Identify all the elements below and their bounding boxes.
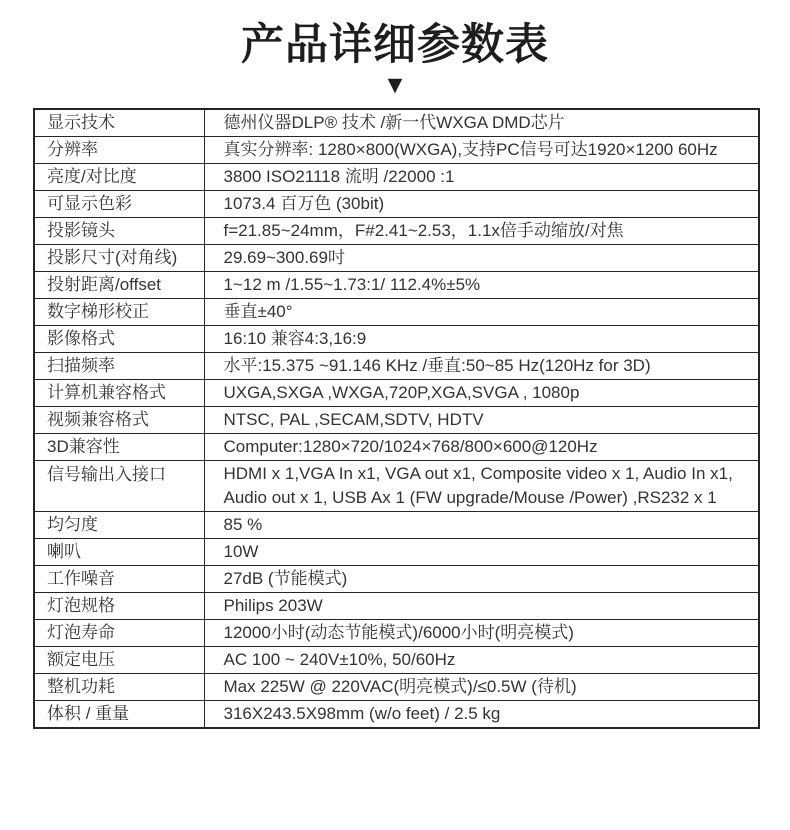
spec-table: 显示技术德州仪器DLP® 技术 /新一代WXGA DMD芯片分辨率真实分辨率: … <box>33 108 760 729</box>
spec-row: 数字梯形校正垂直±40° <box>34 299 759 326</box>
spec-label-cell: 信号输出入接口 <box>34 461 204 512</box>
spec-value-cell: 水平:15.375 ~91.146 KHz /垂直:50~85 Hz(120Hz… <box>204 353 759 380</box>
spec-label-cell: 投影尺寸(对角线) <box>34 245 204 272</box>
spec-label-cell: 分辨率 <box>34 137 204 164</box>
spec-value-cell: 85 % <box>204 512 759 539</box>
spec-row: 分辨率真实分辨率: 1280×800(WXGA),支持PC信号可达1920×12… <box>34 137 759 164</box>
spec-label-cell: 喇叭 <box>34 539 204 566</box>
spec-label-cell: 影像格式 <box>34 326 204 353</box>
spec-value-cell: 316X243.5X98mm (w/o feet) / 2.5 kg <box>204 701 759 729</box>
spec-row: 视频兼容格式NTSC, PAL ,SECAM,SDTV, HDTV <box>34 407 759 434</box>
spec-value-cell: 1~12 m /1.55~1.73:1/ 112.4%±5% <box>204 272 759 299</box>
spec-value-cell: Computer:1280×720/1024×768/800×600@120Hz <box>204 434 759 461</box>
spec-label-cell: 亮度/对比度 <box>34 164 204 191</box>
spec-row: 投影尺寸(对角线)29.69~300.69吋 <box>34 245 759 272</box>
spec-row: 亮度/对比度3800 ISO21118 流明 /22000 :1 <box>34 164 759 191</box>
spec-value-cell: 27dB (节能模式) <box>204 566 759 593</box>
spec-value-cell: NTSC, PAL ,SECAM,SDTV, HDTV <box>204 407 759 434</box>
spec-label-cell: 均匀度 <box>34 512 204 539</box>
spec-row: 信号输出入接口HDMI x 1,VGA In x1, VGA out x1, C… <box>34 461 759 512</box>
spec-row: 显示技术德州仪器DLP® 技术 /新一代WXGA DMD芯片 <box>34 109 759 137</box>
spec-sheet-page: 产品详细参数表 ▼ 显示技术德州仪器DLP® 技术 /新一代WXGA DMD芯片… <box>0 0 790 830</box>
spec-row: 喇叭10W <box>34 539 759 566</box>
spec-row: 灯泡规格Philips 203W <box>34 593 759 620</box>
spec-label-cell: 灯泡规格 <box>34 593 204 620</box>
spec-row: 投射距离/offset1~12 m /1.55~1.73:1/ 112.4%±5… <box>34 272 759 299</box>
spec-row: 影像格式16:10 兼容4:3,16:9 <box>34 326 759 353</box>
spec-row: 计算机兼容格式UXGA,SXGA ,WXGA,720P,XGA,SVGA , 1… <box>34 380 759 407</box>
spec-row: 体积 / 重量316X243.5X98mm (w/o feet) / 2.5 k… <box>34 701 759 729</box>
spec-label-cell: 数字梯形校正 <box>34 299 204 326</box>
spec-row: 3D兼容性Computer:1280×720/1024×768/800×600@… <box>34 434 759 461</box>
spec-row: 整机功耗Max 225W @ 220VAC(明亮模式)/≤0.5W (待机) <box>34 674 759 701</box>
spec-value-cell: 1073.4 百万色 (30bit) <box>204 191 759 218</box>
spec-value-cell: Philips 203W <box>204 593 759 620</box>
spec-row: 额定电压AC 100 ~ 240V±10%, 50/60Hz <box>34 647 759 674</box>
spec-value-cell: 德州仪器DLP® 技术 /新一代WXGA DMD芯片 <box>204 109 759 137</box>
spec-table-body: 显示技术德州仪器DLP® 技术 /新一代WXGA DMD芯片分辨率真实分辨率: … <box>34 109 759 728</box>
spec-row: 工作噪音27dB (节能模式) <box>34 566 759 593</box>
spec-label-cell: 投影镜头 <box>34 218 204 245</box>
spec-label-cell: 显示技术 <box>34 109 204 137</box>
down-triangle-icon: ▼ <box>0 73 790 98</box>
spec-label-cell: 扫描频率 <box>34 353 204 380</box>
spec-value-cell: 10W <box>204 539 759 566</box>
spec-value-cell: 16:10 兼容4:3,16:9 <box>204 326 759 353</box>
spec-value-cell: 垂直±40° <box>204 299 759 326</box>
spec-row: 可显示色彩1073.4 百万色 (30bit) <box>34 191 759 218</box>
spec-value-cell: HDMI x 1,VGA In x1, VGA out x1, Composit… <box>204 461 759 512</box>
spec-label-cell: 可显示色彩 <box>34 191 204 218</box>
spec-row: 灯泡寿命12000小时(动态节能模式)/6000小时(明亮模式) <box>34 620 759 647</box>
page-title: 产品详细参数表 <box>0 0 790 69</box>
spec-value-cell: UXGA,SXGA ,WXGA,720P,XGA,SVGA , 1080p <box>204 380 759 407</box>
spec-label-cell: 体积 / 重量 <box>34 701 204 729</box>
spec-row: 均匀度85 % <box>34 512 759 539</box>
spec-value-cell: AC 100 ~ 240V±10%, 50/60Hz <box>204 647 759 674</box>
spec-label-cell: 视频兼容格式 <box>34 407 204 434</box>
spec-value-cell: 29.69~300.69吋 <box>204 245 759 272</box>
spec-label-cell: 3D兼容性 <box>34 434 204 461</box>
spec-label-cell: 计算机兼容格式 <box>34 380 204 407</box>
spec-value-cell: 真实分辨率: 1280×800(WXGA),支持PC信号可达1920×1200 … <box>204 137 759 164</box>
spec-value-cell: 12000小时(动态节能模式)/6000小时(明亮模式) <box>204 620 759 647</box>
spec-label-cell: 工作噪音 <box>34 566 204 593</box>
spec-label-cell: 灯泡寿命 <box>34 620 204 647</box>
spec-label-cell: 额定电压 <box>34 647 204 674</box>
spec-value-cell: Max 225W @ 220VAC(明亮模式)/≤0.5W (待机) <box>204 674 759 701</box>
spec-label-cell: 整机功耗 <box>34 674 204 701</box>
spec-row: 投影镜头f=21.85~24mm，F#2.41~2.53，1.1x倍手动缩放/对… <box>34 218 759 245</box>
spec-value-cell: f=21.85~24mm，F#2.41~2.53，1.1x倍手动缩放/对焦 <box>204 218 759 245</box>
spec-row: 扫描频率水平:15.375 ~91.146 KHz /垂直:50~85 Hz(1… <box>34 353 759 380</box>
spec-value-cell: 3800 ISO21118 流明 /22000 :1 <box>204 164 759 191</box>
spec-label-cell: 投射距离/offset <box>34 272 204 299</box>
